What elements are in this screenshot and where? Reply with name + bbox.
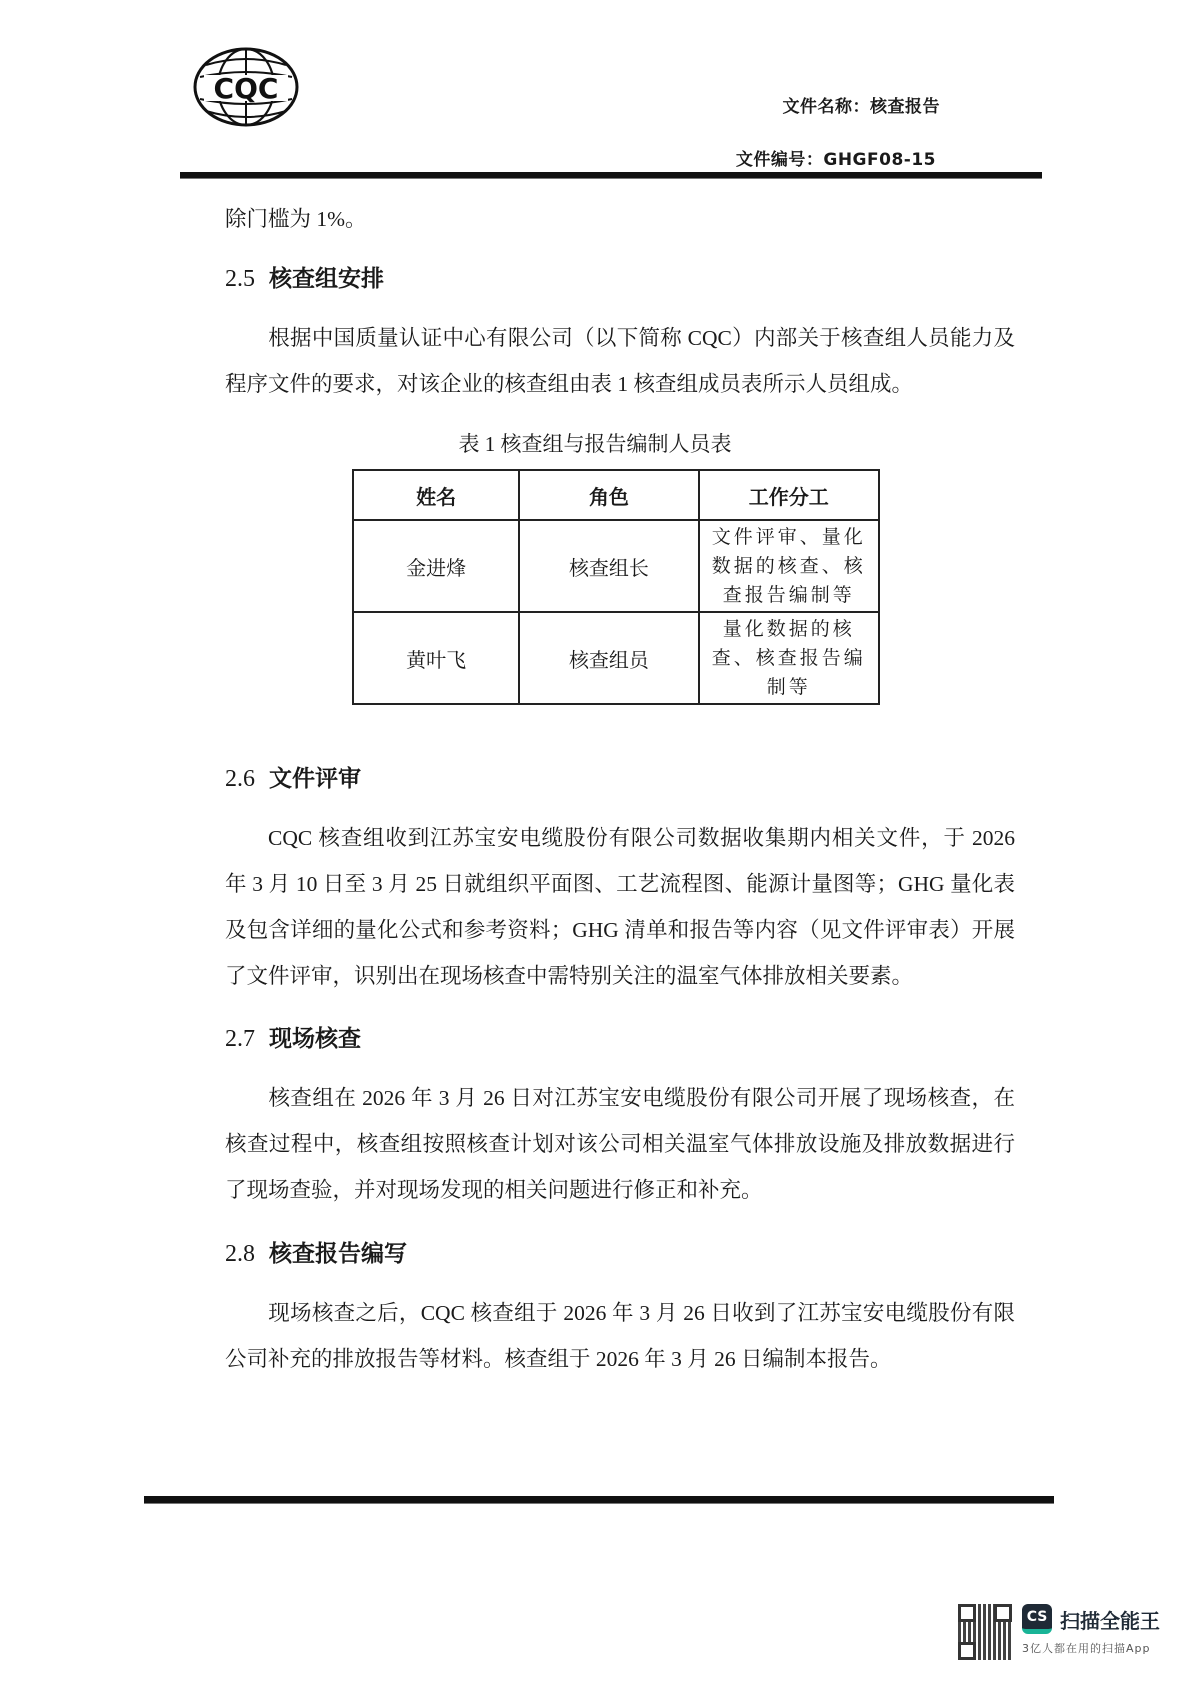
- cell-duty: 量化数据的核查、核查报告编制等: [699, 612, 879, 704]
- lead-text: 除门槛为 1%。: [225, 196, 1015, 242]
- footer-divider: [144, 1496, 1054, 1504]
- section-heading-2-7: 2.7现场核查: [225, 1020, 361, 1053]
- qr-code-icon[interactable]: [958, 1604, 1012, 1660]
- section-heading-2-6: 2.6文件评审: [225, 760, 361, 793]
- file-name-label: 文件名称：核查报告: [783, 92, 941, 117]
- camscanner-logo-icon: CS: [1022, 1604, 1052, 1634]
- header-divider: [180, 172, 1042, 179]
- column-header: 角色: [519, 470, 698, 520]
- column-header: 工作分工: [699, 470, 879, 520]
- table-header-row: 姓名 角色 工作分工: [353, 470, 879, 520]
- section-paragraph-2-8: 现场核查之后，CQC 核查组于 2026 年 3 月 26 日收到了江苏宝安电缆…: [225, 1290, 1015, 1382]
- section-paragraph-2-7: 核查组在 2026 年 3 月 26 日对江苏宝安电缆股份有限公司开展了现场核查…: [225, 1075, 1015, 1213]
- globe-icon: CQC: [192, 45, 300, 129]
- scanner-watermark: CS 扫描全能王 3亿人都在用的扫描App: [958, 1604, 1160, 1668]
- staff-table: 姓名 角色 工作分工 金进烽 核查组长 文件评审、量化数据的核查、核查报告编制等…: [352, 469, 880, 705]
- app-tagline: 3亿人都在用的扫描App: [1022, 1640, 1160, 1656]
- cell-role: 核查组长: [519, 520, 698, 612]
- app-name: 扫描全能王: [1060, 1605, 1160, 1634]
- table-row: 金进烽 核查组长 文件评审、量化数据的核查、核查报告编制等: [353, 520, 879, 612]
- file-code-label: 文件编号：GHGF08-15: [736, 145, 936, 170]
- table-caption: 表 1 核查组与报告编制人员表: [0, 428, 1190, 458]
- cell-name: 黄叶飞: [353, 612, 519, 704]
- section-heading-2-5: 2.5核查组安排: [225, 260, 384, 293]
- cell-role: 核查组员: [519, 612, 698, 704]
- section-paragraph-2-5: 根据中国质量认证中心有限公司（以下简称 CQC）内部关于核查组人员能力及程序文件…: [225, 315, 1015, 407]
- cell-duty: 文件评审、量化数据的核查、核查报告编制等: [699, 520, 879, 612]
- section-paragraph-2-6: CQC 核查组收到江苏宝安电缆股份有限公司数据收集期内相关文件，于 2026 年…: [225, 815, 1015, 999]
- cqc-logo: CQC: [192, 45, 300, 129]
- column-header: 姓名: [353, 470, 519, 520]
- cell-name: 金进烽: [353, 520, 519, 612]
- table-row: 黄叶飞 核查组员 量化数据的核查、核查报告编制等: [353, 612, 879, 704]
- svg-text:CQC: CQC: [214, 72, 279, 105]
- section-heading-2-8: 2.8核查报告编写: [225, 1235, 407, 1268]
